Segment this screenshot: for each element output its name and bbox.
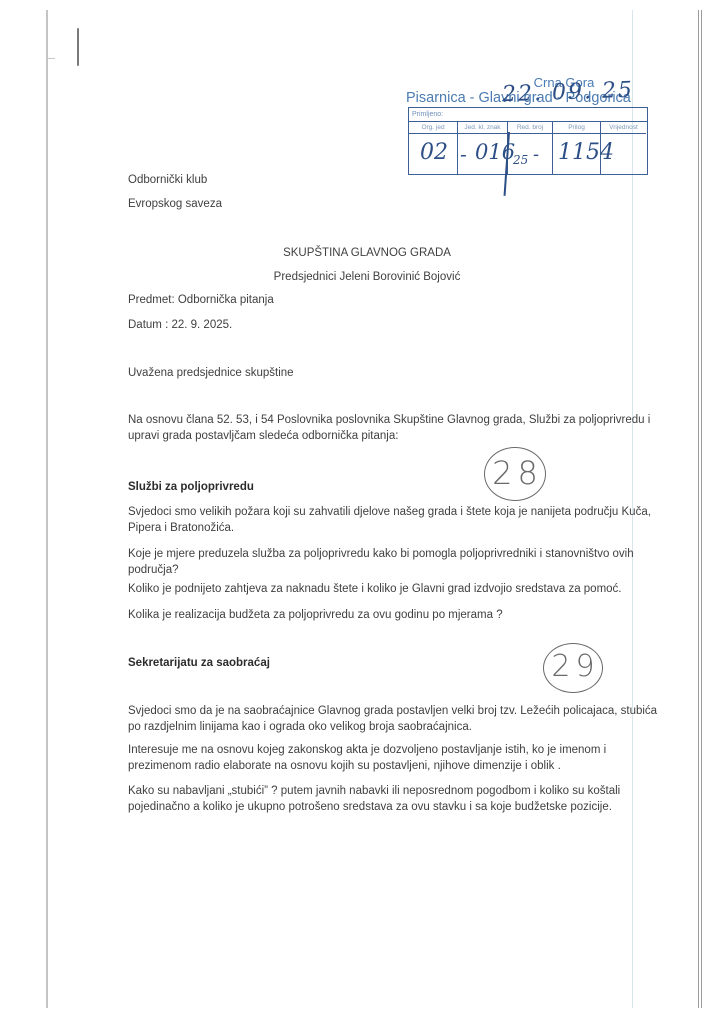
section-heading: Sekretarijatu za saobraćaj bbox=[128, 656, 270, 670]
section-paragraph: Kako su nabavljani „stubići” ? putem jav… bbox=[128, 783, 668, 815]
salutation: Uvažena predsjednice skupštine bbox=[128, 366, 294, 380]
sender-line-2: Evropskog saveza bbox=[128, 197, 222, 211]
sender-line-1: Odbornički klub bbox=[128, 173, 207, 187]
question-number-badge: 29 bbox=[543, 643, 603, 693]
section-paragraph: Svjedoci smo velikih požara koji su zahv… bbox=[128, 504, 668, 536]
stamp-col-value: Vrijednost bbox=[601, 122, 646, 134]
stamp-col-attachment: Prilog bbox=[553, 122, 601, 134]
recipient-institution: SKUPŠTINA GLAVNOG GRADA bbox=[0, 246, 724, 260]
scan-border-left bbox=[46, 10, 48, 1008]
scan-bracket-mark bbox=[77, 28, 79, 66]
intro-paragraph: Na osnovu člana 52. 53, i 54 Poslovnika … bbox=[128, 412, 668, 444]
scan-border-right bbox=[698, 10, 702, 1008]
section-paragraph: Koliko je podnijeto zahtjeva za naknadu … bbox=[128, 581, 668, 597]
date-line: Datum : 22. 9. 2025. bbox=[128, 318, 232, 332]
stamp-handwritten-dash: - bbox=[533, 144, 539, 165]
stamp-handwritten-date: 22. 09. 25 bbox=[502, 78, 635, 108]
section-paragraph: Interesuje me na osnovu kojeg zakonskog … bbox=[128, 742, 668, 774]
stamp-header-row: Org. jed Jed. kl. znak Red. broj Prilog … bbox=[409, 122, 647, 134]
stamp-handwritten-dash: - bbox=[460, 142, 467, 166]
section-paragraph: Svjedoci smo da je na saobraćajnice Glav… bbox=[128, 703, 668, 735]
stamp-received-label: Primljeno: bbox=[409, 108, 647, 122]
section-heading: Službi za poljoprivredu bbox=[128, 480, 254, 494]
stamp-col-org-unit: Org. jed bbox=[409, 122, 458, 134]
section-paragraph: Kolika je realizacija budžeta za poljopr… bbox=[128, 607, 668, 623]
recipient-addressee: Predsjednici Jeleni Borovinić Bojović bbox=[0, 270, 724, 284]
stamp-col-class-code: Jed. kl. znak bbox=[458, 122, 508, 134]
question-number-badge: 28 bbox=[484, 447, 546, 501]
scan-tick-mark bbox=[47, 58, 55, 59]
stamp-handwritten-year: 25 bbox=[513, 153, 528, 167]
stamp-handwritten-org-unit: 02 bbox=[420, 140, 448, 165]
subject-line: Predmet: Odbornička pitanja bbox=[128, 293, 274, 307]
stamp-col-reg-number: Red. broj bbox=[508, 122, 553, 134]
stamp-handwritten-reg-number: 1154 bbox=[558, 140, 614, 165]
section-paragraph: Koje je mjere preduzela služba za poljop… bbox=[128, 546, 668, 578]
